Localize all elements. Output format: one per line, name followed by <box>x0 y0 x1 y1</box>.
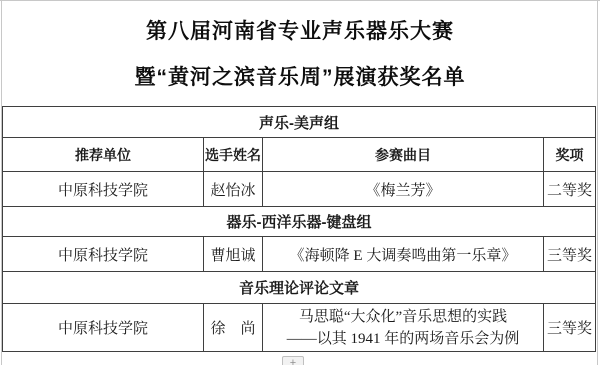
table-row: 声乐-美声组 <box>3 107 596 138</box>
piece-line-2: ——以其 1941 年的两场音乐会为例 <box>263 328 543 350</box>
table-row: 中原科技学院 曹旭诚 《海顿降 E 大调奏鸣曲第一乐章》 三等奖 <box>3 237 596 272</box>
cell-org: 中原科技学院 <box>3 237 204 272</box>
table-row: 中原科技学院 赵怡冰 《梅兰芳》 二等奖 <box>3 172 596 207</box>
document-title-line1: 第八届河南省专业声乐器乐大赛 <box>0 15 600 45</box>
cell-name: 曹旭诚 <box>204 237 263 272</box>
section-title-keyboard: 器乐-西洋乐器-键盘组 <box>3 207 596 237</box>
cell-piece: 马思聪“大众化”音乐思想的实践 ——以其 1941 年的两场音乐会为例 <box>263 304 544 352</box>
col-header-award: 奖项 <box>544 138 596 172</box>
col-header-piece: 参赛曲目 <box>263 138 544 172</box>
cell-award: 三等奖 <box>544 237 596 272</box>
cell-name: 赵怡冰 <box>204 172 263 207</box>
page-edge-top <box>0 0 600 1</box>
table-row: 音乐理论评论文章 <box>3 272 596 304</box>
cell-award: 二等奖 <box>544 172 596 207</box>
cell-org: 中原科技学院 <box>3 304 204 352</box>
section-title-theory: 音乐理论评论文章 <box>3 272 596 304</box>
section-title-vocal: 声乐-美声组 <box>3 107 596 138</box>
table-row: 推荐单位 选手姓名 参赛曲目 奖项 <box>3 138 596 172</box>
cell-piece: 《海顿降 E 大调奏鸣曲第一乐章》 <box>263 237 544 272</box>
insert-row-button[interactable]: + <box>282 356 304 365</box>
document-page: 第八届河南省专业声乐器乐大赛 暨“黄河之滨音乐周”展演获奖名单 声乐-美声组 推… <box>0 0 600 365</box>
awards-table: 声乐-美声组 推荐单位 选手姓名 参赛曲目 奖项 中原科技学院 赵怡冰 《梅兰芳… <box>2 106 596 352</box>
col-header-name: 选手姓名 <box>204 138 263 172</box>
table-row: 中原科技学院 徐 尚 马思聪“大众化”音乐思想的实践 ——以其 1941 年的两… <box>3 304 596 352</box>
cell-piece: 《梅兰芳》 <box>263 172 544 207</box>
cell-name: 徐 尚 <box>204 304 263 352</box>
cell-award: 三等奖 <box>544 304 596 352</box>
cell-org: 中原科技学院 <box>3 172 204 207</box>
col-header-org: 推荐单位 <box>3 138 204 172</box>
piece-line-1: 马思聪“大众化”音乐思想的实践 <box>263 306 543 328</box>
table-row: 器乐-西洋乐器-键盘组 <box>3 207 596 237</box>
page-edge-right <box>597 0 598 365</box>
document-title-line2: 暨“黄河之滨音乐周”展演获奖名单 <box>0 61 600 91</box>
